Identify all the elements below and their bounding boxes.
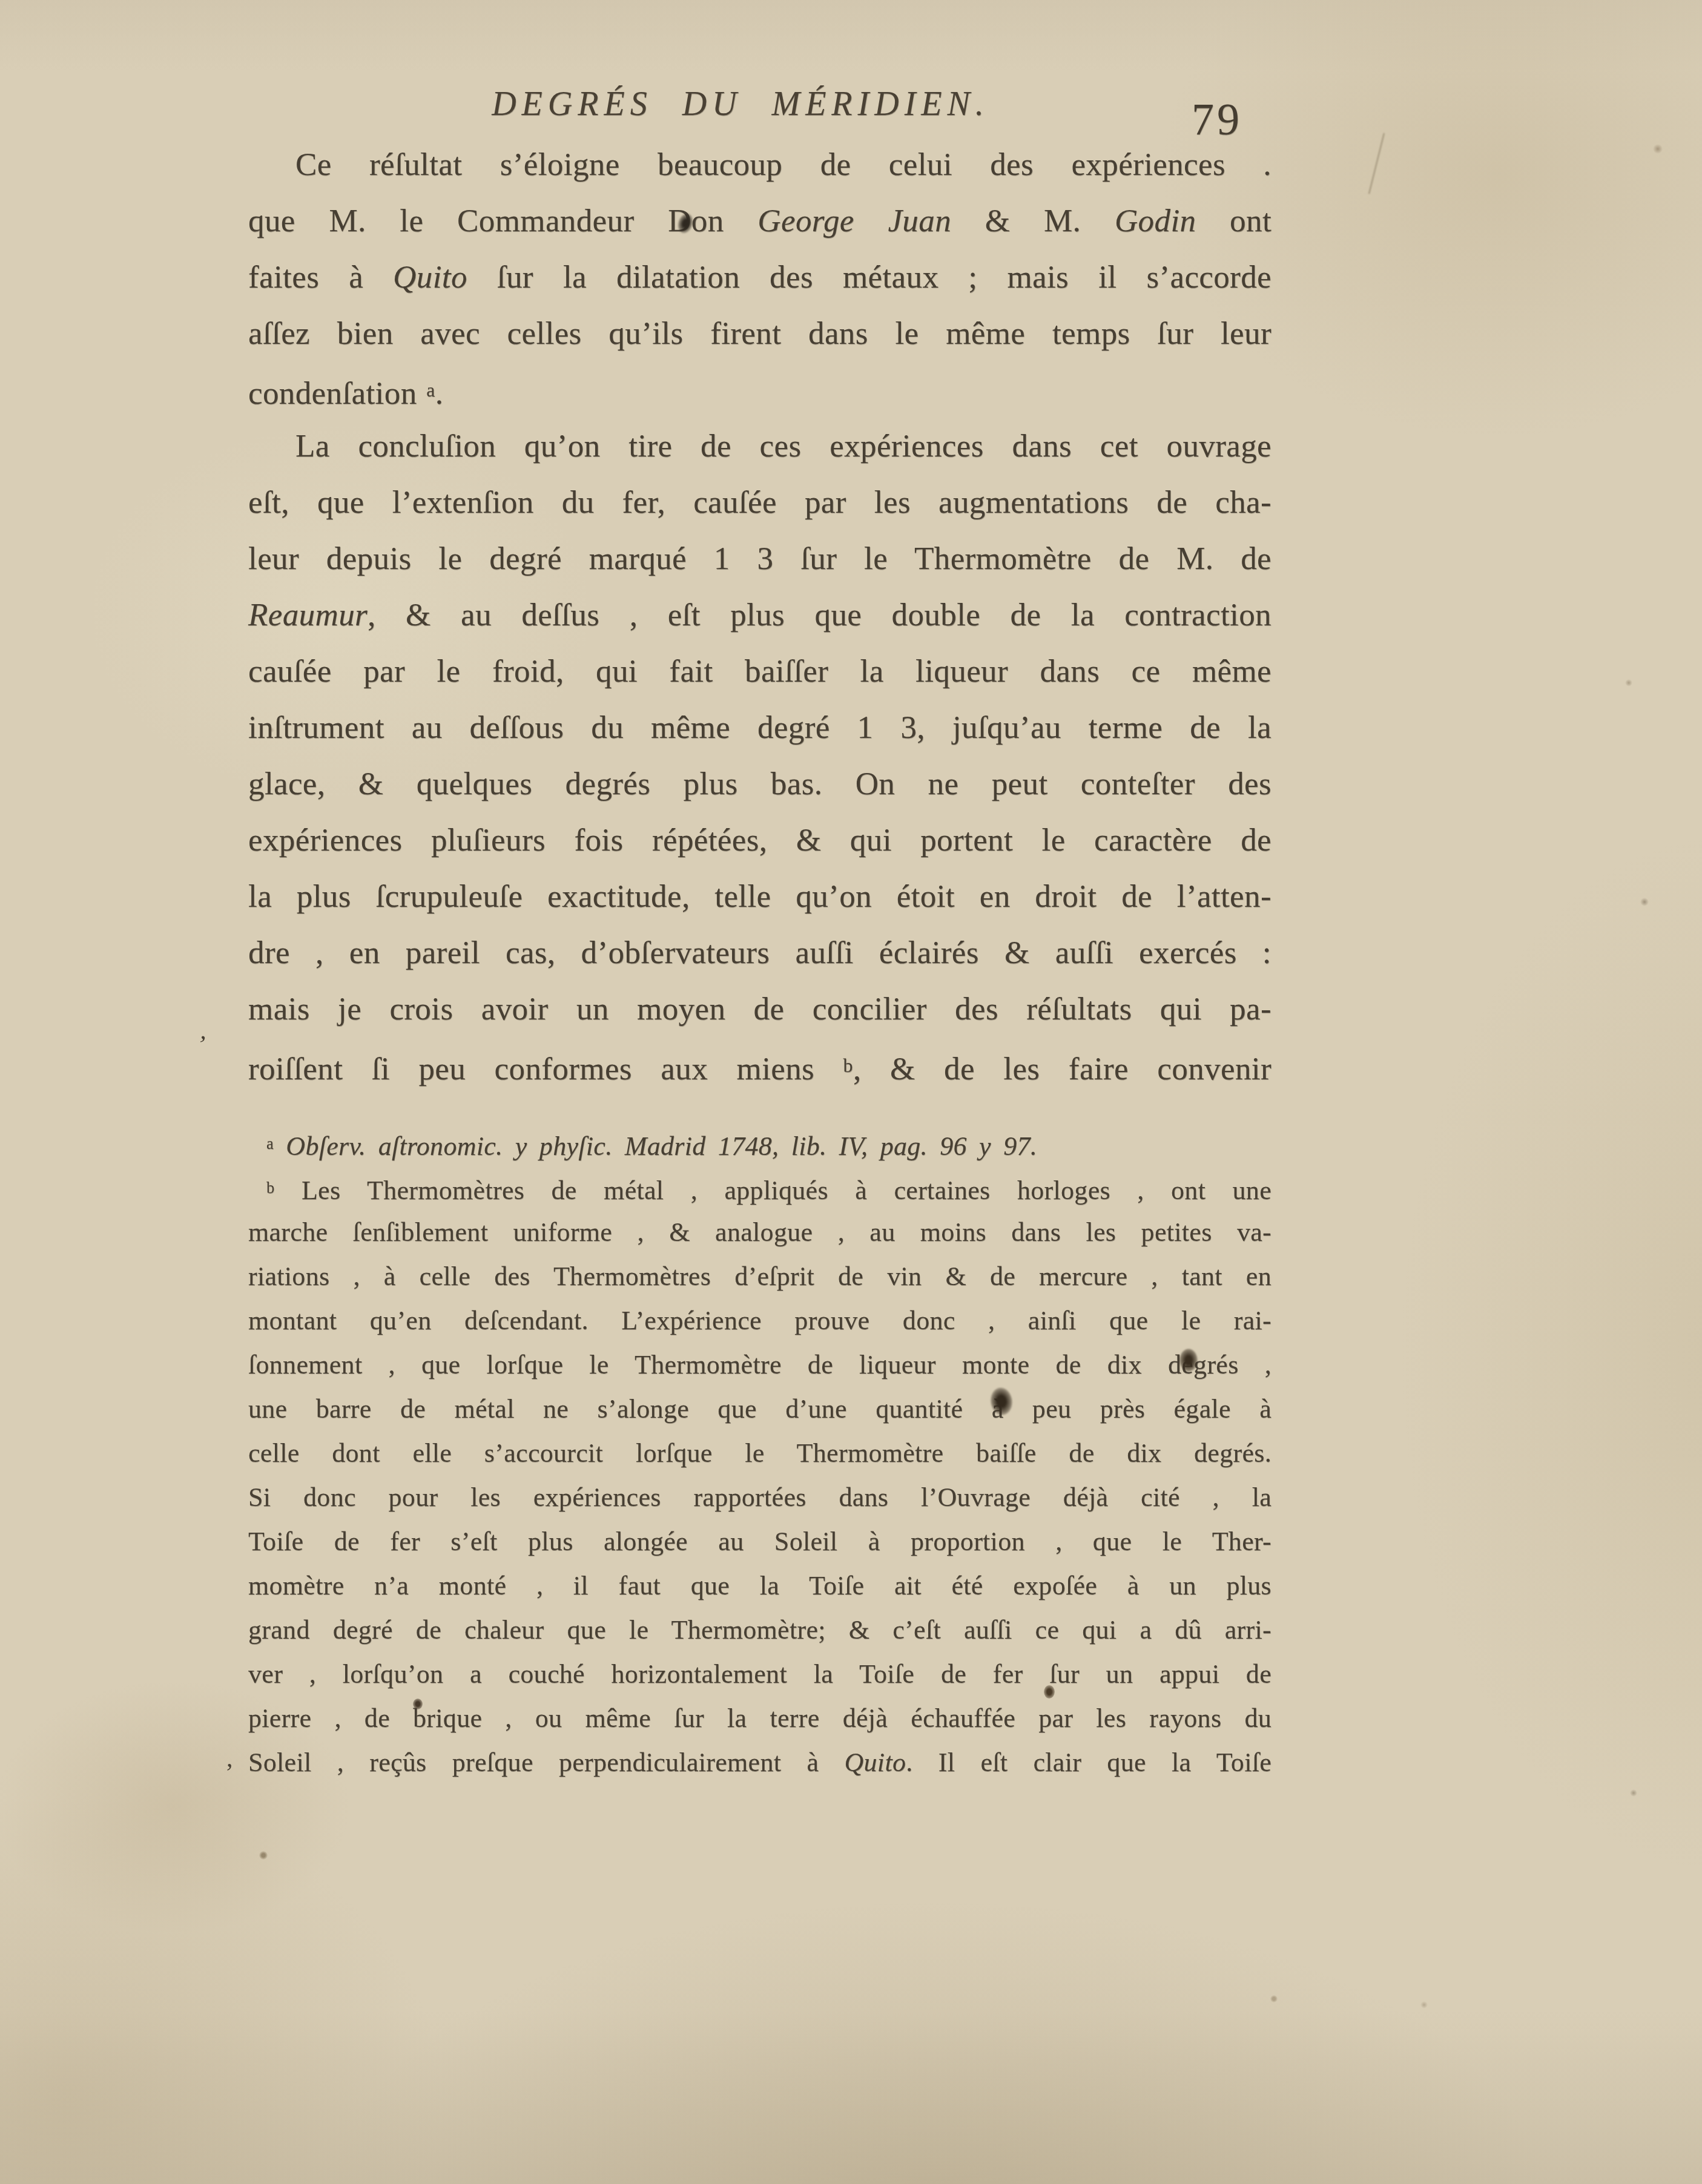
text-line: pierre , de brique , ou même ſur la terr… <box>248 1696 1272 1740</box>
text-line: ſonnement , que lorſque le Thermomètre d… <box>248 1343 1272 1387</box>
text-segment: Les Thermomètres de métal , appliqués à … <box>275 1176 1272 1205</box>
text-segment: eſt, que l’extenſion du fer, cauſée par … <box>248 485 1272 520</box>
page-title: DEGRÉS DU MÉRIDIEN. <box>492 85 989 123</box>
footnote-marker: a <box>426 380 435 401</box>
text-segment: Ce réſultat s’éloigne beaucoup de celui … <box>295 147 1272 182</box>
scanned-book-page: DEGRÉS DU MÉRIDIEN. 79 Ce réſultat s’élo… <box>0 0 1702 2184</box>
text-segment: ſonnement , que lorſque le Thermomètre d… <box>248 1350 1272 1380</box>
text-line: riations , à celle des Thermomètres d’eſ… <box>248 1254 1272 1298</box>
text-line: marche ſenſiblement uniforme , & analogu… <box>248 1210 1272 1254</box>
text-line: leur depuis le degré marqué 1 3 ſur le T… <box>248 531 1272 587</box>
paragraph-2: La concluſion qu’on tire de ces expérien… <box>248 418 1272 1094</box>
text-line: une barre de métal ne s’alonge que d’une… <box>248 1387 1272 1431</box>
stray-ink-mark: , <box>226 1746 233 1771</box>
footnote-b: b Les Thermomètres de métal , appliqués … <box>248 1166 1272 1784</box>
text-line: mais je crois avoir un moyen de concilie… <box>248 981 1272 1038</box>
text-segment: une barre de métal ne s’alonge que d’une… <box>248 1394 1272 1424</box>
text-segment: La concluſion qu’on tire de ces expérien… <box>295 429 1272 464</box>
text-segment: Godin <box>1115 203 1196 238</box>
text-segment: Obſerv. aſtronomic. y phyſic. Madrid 174… <box>286 1131 1037 1161</box>
ink-stain <box>1044 1685 1055 1699</box>
ink-stain <box>413 1699 423 1709</box>
text-segment: dre , en pareil cas, d’obſervateurs auſſ… <box>248 935 1272 970</box>
text-segment: expériences pluſieurs fois répétées, & q… <box>248 823 1272 858</box>
text-line: La concluſion qu’on tire de ces expérien… <box>248 418 1272 475</box>
text-line: la plus ſcrupuleuſe exactitude, telle qu… <box>248 869 1272 925</box>
text-segment: glace, & quelques degrés plus bas. On ne… <box>248 766 1272 801</box>
text-line: Si donc pour les expériences rapportées … <box>248 1475 1272 1519</box>
footnote-a: a Obſerv. aſtronomic. y phyſic. Madrid 1… <box>248 1122 1272 1166</box>
text-segment: ſur la dilatation des métaux ; mais il s… <box>467 260 1272 295</box>
text-line: Toiſe de fer s’eſt plus alongée au Solei… <box>248 1519 1272 1564</box>
text-segment: celle dont elle s’accourcit lorſque le T… <box>248 1438 1272 1468</box>
text-line: roiſſent ſi peu conformes aux miens b, &… <box>248 1038 1272 1094</box>
text-segment: marche ſenſiblement uniforme , & analogu… <box>248 1217 1272 1247</box>
text-line: a Obſerv. aſtronomic. y phyſic. Madrid 1… <box>248 1122 1272 1166</box>
text-line: celle dont elle s’accourcit lorſque le T… <box>248 1431 1272 1475</box>
running-header: DEGRÉS DU MÉRIDIEN. <box>229 82 1252 126</box>
footnote-marker: b <box>843 1055 853 1076</box>
text-line: expériences pluſieurs fois répétées, & q… <box>248 812 1272 869</box>
text-segment: ver , lorſqu’on a couché horizontalement… <box>248 1659 1272 1689</box>
text-segment: Reaumur <box>248 597 368 633</box>
text-line: montant qu’en deſcendant. L’expérience p… <box>248 1298 1272 1343</box>
text-segment: Quito <box>393 260 467 295</box>
text-segment: leur depuis le degré marqué 1 3 ſur le T… <box>248 541 1272 576</box>
paragraph-1: Ce réſultat s’éloigne beaucoup de celui … <box>248 137 1272 418</box>
text-line: eſt, que l’extenſion du fer, cauſée par … <box>248 475 1272 531</box>
text-segment: pierre , de brique , ou même ſur la terr… <box>248 1703 1272 1733</box>
text-line: Soleil , reçûs preſque perpendiculaireme… <box>248 1740 1272 1784</box>
footnote-marker: b <box>266 1179 275 1197</box>
text-segment: cauſée par le froid, qui fait baiſſer la… <box>248 654 1272 689</box>
text-segment: momètre n’a monté , il faut que la Toiſe… <box>248 1571 1272 1600</box>
text-line: ver , lorſqu’on a couché horizontalement… <box>248 1652 1272 1696</box>
stray-ink-mark: , <box>199 1018 209 1044</box>
text-line: momètre n’a monté , il faut que la Toiſe… <box>248 1564 1272 1608</box>
text-line: que M. le Commandeur Don George Juan & M… <box>248 193 1272 249</box>
text-line: glace, & quelques degrés plus bas. On ne… <box>248 756 1272 812</box>
text-segment: Soleil , reçûs preſque perpendiculaireme… <box>248 1748 844 1777</box>
paper-crease <box>1368 133 1385 194</box>
text-segment: riations , à celle des Thermomètres d’eſ… <box>248 1261 1272 1291</box>
text-line: aſſez bien avec celles qu’ils firent dan… <box>248 306 1272 362</box>
text-line: Reaumur, & au deſſus , eſt plus que doub… <box>248 587 1272 643</box>
footnotes-block: a Obſerv. aſtronomic. y phyſic. Madrid 1… <box>248 1122 1272 1784</box>
text-segment: . Il eſt clair que la Toiſe <box>906 1748 1272 1777</box>
text-segment: la plus ſcrupuleuſe exactitude, telle qu… <box>248 879 1272 914</box>
text-segment: grand degré de chaleur que le Thermomètr… <box>248 1615 1272 1645</box>
text-line: Ce réſultat s’éloigne beaucoup de celui … <box>248 137 1272 193</box>
text-line: condenſation a. <box>248 362 1272 418</box>
text-line: grand degré de chaleur que le Thermomètr… <box>248 1608 1272 1652</box>
text-line: cauſée par le froid, qui fait baiſſer la… <box>248 643 1272 700</box>
text-line: dre , en pareil cas, d’obſervateurs auſſ… <box>248 925 1272 981</box>
text-segment: faites à <box>248 260 393 295</box>
text-segment: , & au deſſus , eſt plus que double de l… <box>368 597 1272 633</box>
text-segment: Quito <box>844 1748 906 1777</box>
text-line: faites à Quito ſur la dilatation des mét… <box>248 249 1272 306</box>
body-text: Ce réſultat s’éloigne beaucoup de celui … <box>248 137 1272 1094</box>
text-segment: condenſation <box>248 376 426 411</box>
text-segment: , & de les faire convenir <box>853 1051 1272 1087</box>
text-segment: Si donc pour les expériences rapportées … <box>248 1482 1272 1512</box>
text-segment: . <box>435 376 444 411</box>
text-segment <box>274 1131 286 1161</box>
ink-stain <box>1179 1349 1198 1372</box>
footnote-marker: a <box>266 1134 274 1153</box>
ink-stain <box>259 1851 268 1860</box>
text-segment: roiſſent ſi peu conformes aux miens <box>248 1051 843 1087</box>
text-segment: & M. <box>951 203 1115 238</box>
text-line: b Les Thermomètres de métal , appliqués … <box>248 1166 1272 1210</box>
text-line: inſtrument au deſſous du même degré 1 3,… <box>248 700 1272 756</box>
text-segment: ont <box>1196 203 1272 238</box>
text-segment: inſtrument au deſſous du même degré 1 3,… <box>248 710 1272 745</box>
text-segment: aſſez bien avec celles qu’ils firent dan… <box>248 316 1272 351</box>
text-segment: mais je crois avoir un moyen de concilie… <box>248 992 1272 1027</box>
text-segment: Toiſe de fer s’eſt plus alongée au Solei… <box>248 1527 1272 1556</box>
text-segment: montant qu’en deſcendant. L’expérience p… <box>248 1306 1272 1335</box>
text-segment: George Juan <box>757 203 951 238</box>
ink-stain <box>1270 1995 1278 2002</box>
